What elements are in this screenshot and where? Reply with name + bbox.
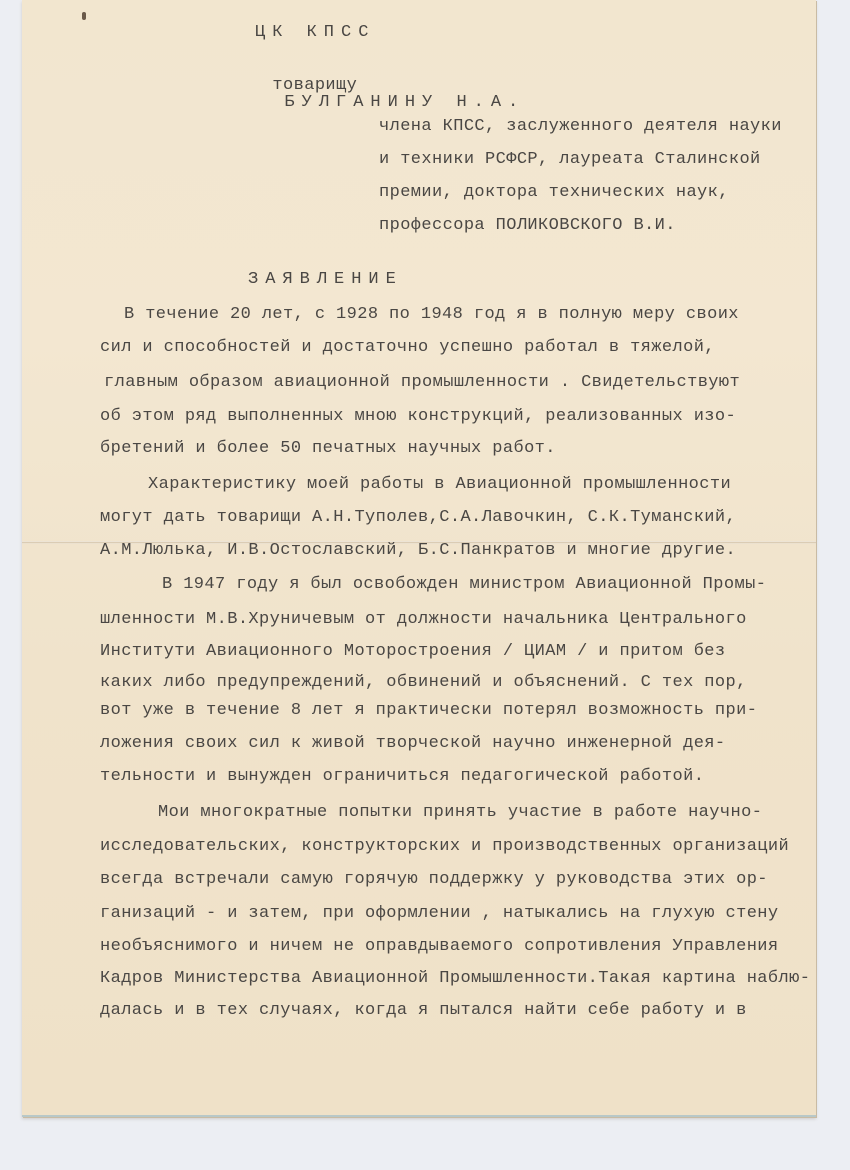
body-line: В течение 20 лет, с 1928 по 1948 год я в… [124, 306, 739, 323]
document-title: ЗАЯВЛЕНИЕ [248, 271, 403, 288]
body-line: Институти Авиационного Моторостроения / … [100, 643, 726, 660]
body-line: исследовательских, конструкторских и про… [100, 838, 789, 855]
sender-line-3: премии, доктора технических наук, [379, 184, 729, 201]
document-page: ЦК КПСС товарищу БУЛГАНИНУ Н.А. члена КП… [22, 0, 816, 1117]
body-line: тельности и вынужден ограничиться педаго… [100, 768, 704, 785]
sender-line-1: члена КПСС, заслуженного деятеля науки [379, 118, 782, 135]
body-line: могут дать товарищи А.Н.Туполев,С.А.Лаво… [100, 509, 736, 526]
body-line: шленности М.В.Хруничевым от должности на… [100, 611, 747, 628]
body-line: А.М.Люлька, И.В.Остославский, Б.С.Панкра… [100, 542, 736, 559]
body-line: об этом ряд выполненных мною конструкций… [100, 408, 736, 425]
body-line: главным образом авиационной промышленнос… [104, 374, 740, 391]
body-line: необъяснимого и ничем не оправдываемого … [100, 938, 779, 955]
body-line: каких либо предупреждений, обвинений и о… [100, 674, 747, 691]
addressee-org: ЦК КПСС [255, 24, 375, 41]
body-line: всегда встречали самую горячую поддержку… [100, 871, 768, 888]
sender-line-2: и техники РСФСР, лауреата Сталинской [379, 151, 761, 168]
addressee-name: БУЛГАНИНУ Н.А. [284, 93, 525, 112]
body-line: бретений и более 50 печатных научных раб… [100, 440, 556, 457]
body-line: далась и в тех случаях, когда я пытался … [100, 1002, 747, 1019]
ink-speck [82, 12, 86, 20]
body-line: сил и способностей и достаточно успешно … [100, 339, 715, 356]
body-line: вот уже в течение 8 лет я практически по… [100, 702, 757, 719]
body-line: Характеристику моей работы в Авиационной… [148, 476, 731, 493]
body-line: Кадров Министерства Авиационной Промышле… [100, 970, 810, 987]
body-line: Мои многократные попытки принять участие… [158, 804, 762, 821]
sender-line-4: профессора ПОЛИКОВСКОГО В.И. [379, 217, 676, 234]
body-line: ганизаций - и затем, при оформлении , на… [100, 905, 779, 922]
body-line: ложения своих сил к живой творческой нау… [100, 735, 726, 752]
body-line: В 1947 году я был освобожден министром А… [162, 576, 766, 593]
